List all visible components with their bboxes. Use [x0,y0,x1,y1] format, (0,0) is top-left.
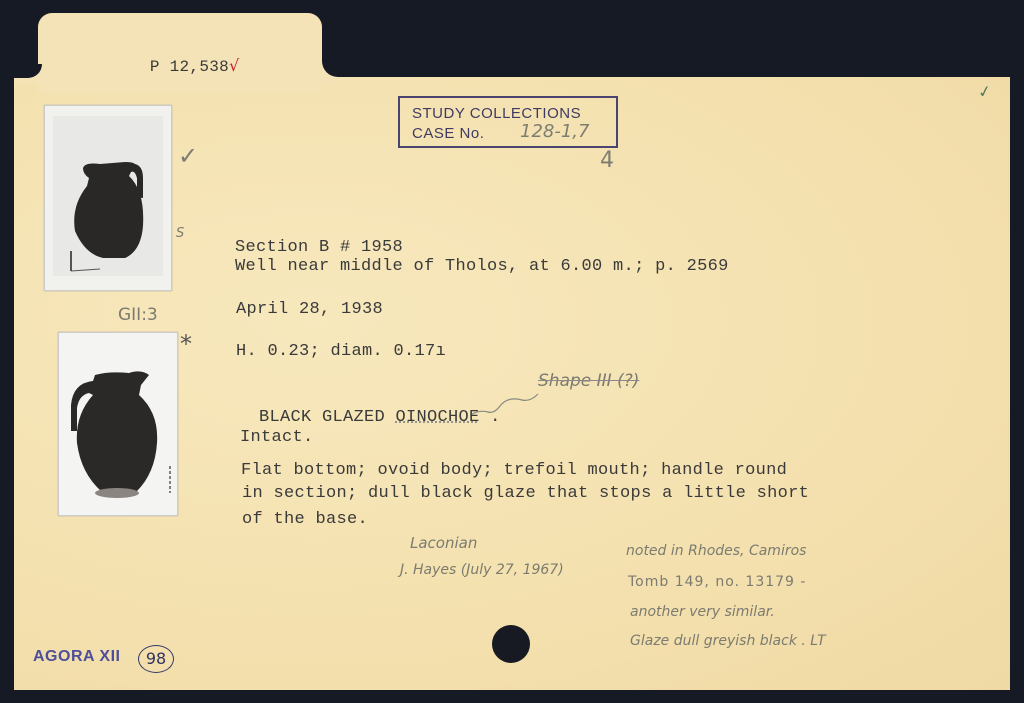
shape-annotation: Shape III (?) [538,371,639,391]
stamp-line-1: STUDY COLLECTIONS [412,105,581,122]
asterisk-icon: * [180,330,192,358]
attribution-laconian: Laconian [410,534,477,552]
catalogue-number-circled: 98 [138,645,174,673]
red-check-icon: √ [229,56,240,75]
agora-publication-stamp: AGORA XII [33,648,120,666]
photo-1-check-icon: ✓ [178,142,198,170]
title-typed: BLACK GLAZED [259,408,396,427]
photo-1-annotation-s: S [176,226,184,241]
condition: Intact. [240,426,314,450]
punch-hole [492,625,530,663]
description-line-2: in section; dull black glaze that stops … [242,482,809,506]
attribution-hayes: J. Hayes (July 27, 1967) [400,562,564,578]
description-line-3: of the base. [242,508,368,532]
inventory-number-text: P 12,538 [150,58,229,76]
comparison-line-3: another very similar. [630,604,775,620]
comparison-line-4: Glaze dull greyish black . LT [630,633,826,649]
case-number-correction: 4 [600,148,614,173]
stamp-line-2: CASE No. [412,125,484,142]
excavation-date: April 28, 1938 [236,298,383,322]
dimensions: H. 0.23; diam. 0.17ı [236,340,446,364]
tab-curve-right [316,50,346,82]
object-title: BLACK GLAZED OINOCHOE . [238,382,501,430]
title-underlined: OINOCHOE [396,408,480,427]
tab-curve-left [14,64,42,84]
description-line-1: Flat bottom; ovoid body; trefoil mouth; … [241,459,787,483]
handwritten-squiggle [470,392,550,418]
inventory-number: P 12,538√ [130,30,240,79]
jug-icon [59,333,177,515]
photo-oinochoe-side [44,105,172,291]
find-location: Well near middle of Tholos, at 6.00 m.; … [235,255,729,279]
photo-2-grid-reference: GII:3 [118,305,158,325]
jug-icon [45,106,171,290]
comparison-line-1: noted in Rhodes, Camiros [626,543,806,559]
photo-oinochoe-handle [58,332,178,516]
case-number-handwritten: 128-1,7 [520,121,589,142]
comparison-line-2: Tomb 149, no. 13179 - [628,574,806,590]
